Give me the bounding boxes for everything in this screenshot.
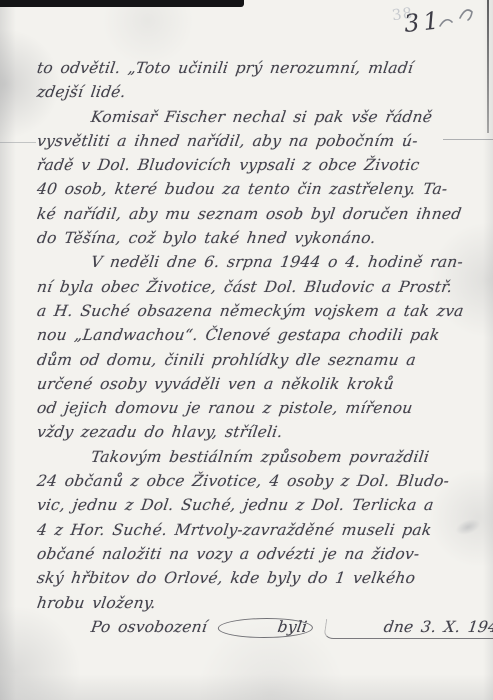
manuscript-line: vysvětliti a ihned nařídil, aby na poboč… [35,129,476,153]
manuscript-line: Komisař Fischer nechal si pak vše řádně [35,105,476,129]
manuscript-line: 24 občanů z obce Životice, 4 osoby z Dol… [35,469,476,493]
manuscript-line: vic, jednu z Dol. Suché, jednu z Dol. Te… [35,493,476,517]
manuscript-line: 40 osob, které budou za tento čin zastře… [35,177,476,201]
manuscript-line: ké nařídil, aby mu seznam osob byl doruč… [35,202,476,226]
manuscript-line: 4 z Hor. Suché. Mrtvoly-zavražděné musel… [35,518,476,542]
manuscript-line: vždy zezadu do hlavy, stříleli. [35,420,476,444]
handwritten-text-block: to odvětil. „Toto učinili prý nerozumní,… [0,56,493,639]
manuscript-line: to odvětil. „Toto učinili prý nerozumní,… [35,56,476,80]
editor-circled-date: dne 3. X. 1945 [323,619,493,639]
manuscript-line: V neděli dne 6. srpna 1944 o 4. hodině r… [35,250,476,274]
manuscript-line: od jejich domovu je ranou z pistole, míř… [35,396,476,420]
manuscript-line: ský hřbitov do Orlové, kde byly do 1 vel… [35,566,476,590]
manuscript-line: zdejší lidé. [35,80,476,104]
manuscript-line: dům od domu, činili prohlídky dle seznam… [35,348,476,372]
manuscript-line: ní byla obec Životice, část Dol. Bludovi… [35,275,476,299]
manuscript-line: občané naložiti na vozy a odvézti je na … [35,542,476,566]
manuscript-line: určené osoby vyváděli ven a několik krok… [35,372,476,396]
manuscript-line: do Těšína, což bylo také hned vykonáno. [35,226,476,250]
manuscript-line: nou „Landwachou“. Členové gestapa chodil… [35,323,476,347]
manuscript-line: a H. Suché obsazena německým vojskem a t… [35,299,476,323]
scanned-document-page: 38 31 to odvětil. „Toto učinili prý nero… [0,0,493,700]
manuscript-line: řadě v Dol. Bludovicích vypsali z obce Ž… [35,153,476,177]
manuscript-line: Takovým bestiálním způsobem povraždili [35,445,476,469]
final-line-prefix: Po osvobození [90,618,209,636]
manuscript-line: hrobu vloženy. [35,591,476,615]
manuscript-final-line: Po osvobození byli dne 3. X. 1945 zastře… [35,615,476,639]
editor-circled-word: byli [216,618,314,638]
scan-artifact-top-bar [0,0,244,7]
pencil-check-marks [438,4,482,38]
